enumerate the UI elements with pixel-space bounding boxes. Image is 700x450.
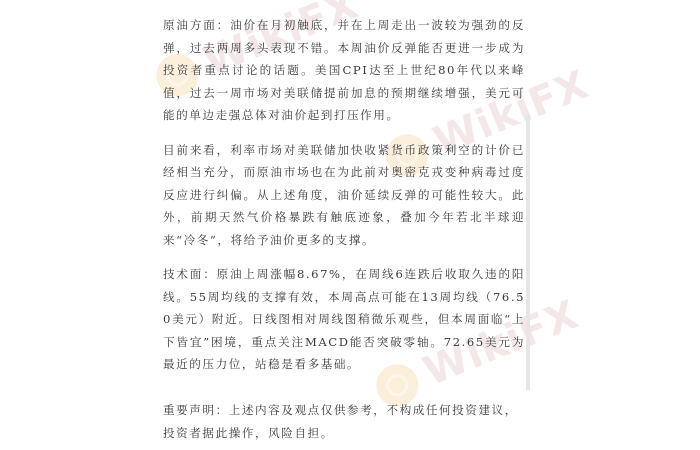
disclaimer: 重要声明：上述内容及观点仅供参考，不构成任何投资建议，投资者据此操作，风险自担。 [163,399,525,444]
scrollbar[interactable] [526,115,530,390]
paragraph-outlook: 目前来看，利率市场对美联储加快收紧货币政策利空的计价已经相当充分，而原油市场也在… [163,139,525,252]
article-body: 原油方面：油价在月初触底，并在上周走出一波较为强劲的反弹，过去两周多头表现不错。… [163,14,525,376]
paragraph-crude-oil: 原油方面：油价在月初触底，并在上周走出一波较为强劲的反弹，过去两周多头表现不错。… [163,14,525,127]
paragraph-technical: 技术面：原油上周涨幅8.67%，在周线6连跌后收取久违的阳线。55周均线的支撑有… [163,263,525,376]
